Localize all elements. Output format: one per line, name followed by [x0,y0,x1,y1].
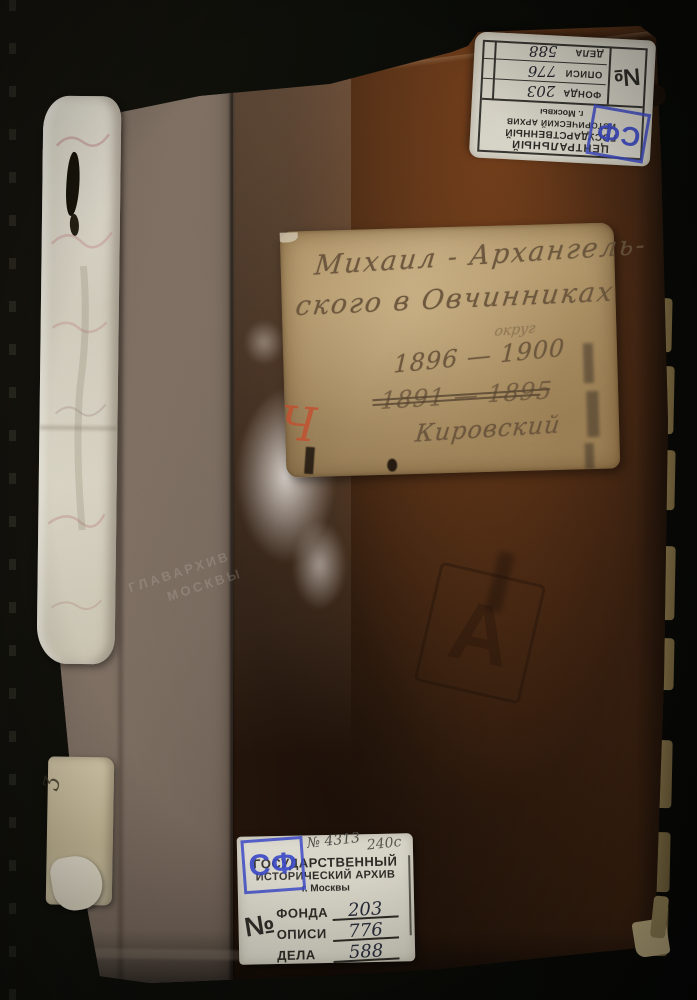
archive-label-top: ЦЕНТРАЛЬНЫЙ ГОСУДАРСТВЕННЫЙ ИСТОРИЧЕСКИЙ… [469,31,656,166]
opis-value: 776 [528,62,557,80]
archive-label-bottom: № 4313 240с ГОСУДАРСТВЕННЫЙ ИСТОРИЧЕСКИЙ… [237,833,416,965]
table-row: ОПИСИ 776 [276,918,408,942]
dark-smudge [586,391,599,437]
film-edge-marks [9,0,16,1000]
fond-label: ФОНДА [555,87,602,100]
dark-smudge [585,443,595,469]
fond-value: 203 [527,82,556,100]
church-name-line2: ского в Овчинниках [294,277,616,323]
handwritten-code: 240с [366,834,402,854]
title-label: Михаил - Архангель- ского в Овчинниках о… [280,222,621,477]
fond-label: ФОНДА [276,905,332,921]
watermark-letter: А [441,580,519,687]
delo-label: ДЕЛА [277,947,333,963]
district-name: Кировский [414,410,562,447]
dark-mark [304,447,315,475]
year-range: 1896 — 1900 [393,334,566,379]
fond-rows: ФОНДА 203 ОПИСИ 776 ДЕЛА 588 [276,897,409,963]
church-name-line1: Михаил - Архангель- [313,230,649,282]
opis-label: ОПИСИ [277,926,333,942]
delo-value: 588 [333,943,400,963]
photo-of-archive-book-cover: ГЛАВАРХИВ МОСКВЫ А ʒ Михаил - Архангель- [0,0,697,1000]
table-row: ФОНДА 203 [276,897,408,921]
scuff-mark [244,320,284,365]
fond-rows: ФОНДА 203 ОПИСИ 776 ДЕЛА 588 [482,40,608,104]
numero-sign: № [242,908,277,943]
red-pencil-mark: Ч [278,396,318,454]
table-row: ДЕЛА 588 [277,939,409,963]
ink-blot [387,459,397,472]
dark-smudge [583,343,594,383]
delo-label: ДЕЛА [557,46,604,59]
sf-stamp: СФ [585,104,651,163]
opis-label: ОПИСИ [556,67,603,80]
sf-stamp: СФ [240,836,306,894]
delo-value: 588 [529,42,558,60]
numero-sign: № [607,46,646,106]
spine-paper-label [37,96,122,665]
label-corner-chip [280,232,298,242]
fond-table: № ФОНДА 203 ОПИСИ 776 ДЕЛА 588 [482,40,646,108]
